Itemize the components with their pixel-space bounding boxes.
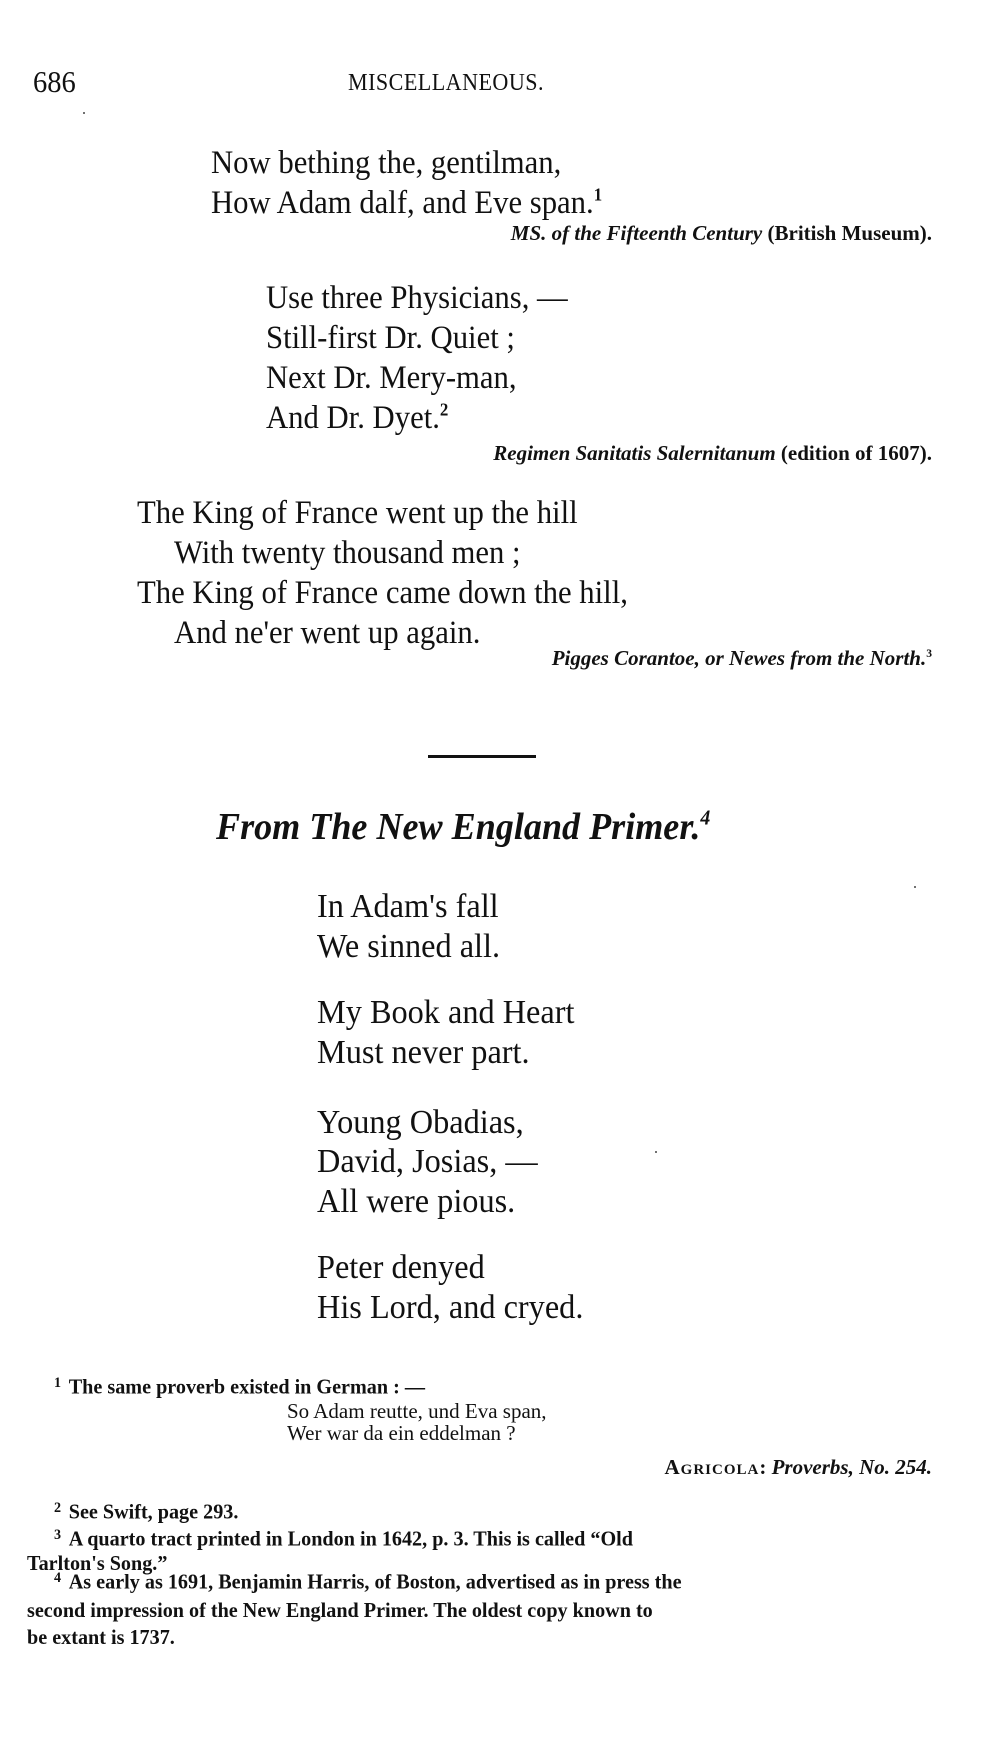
footnote-2: 2See Swift, page 293. [54, 1501, 238, 1523]
verse-line: Now bething the, gentilman, [211, 147, 561, 180]
footnote-attribution: Agricola: Proverbs, No. 254. [665, 1457, 933, 1478]
primer-line: In Adam's fall [317, 890, 499, 924]
section-divider-rule [428, 755, 536, 758]
footnote-4-continued: be extant is 1737. [27, 1627, 175, 1648]
verse-line: With twenty thousand men ; [174, 537, 521, 570]
citation: Regimen Sanitatis Salernitanum (edition … [493, 443, 932, 464]
primer-line: Must never part. [317, 1036, 530, 1070]
primer-line: All were pious. [317, 1185, 515, 1219]
primer-line: We sinned all. [317, 930, 500, 964]
primer-line: David, Josias, — [317, 1145, 538, 1179]
footnote-ref: 4 [700, 805, 710, 829]
primer-line: Young Obadias, [317, 1106, 524, 1140]
page-number: 686 [33, 66, 76, 97]
footnote-4-continued: second impression of the New England Pri… [27, 1600, 653, 1621]
footnote-quote-line: So Adam reutte, und Eva span, [287, 1401, 547, 1422]
footnote-quote-line: Wer war da ein eddelman ? [287, 1423, 516, 1444]
verse-line: The King of France went up the hill [137, 497, 578, 530]
running-head: MISCELLANEOUS. [348, 71, 544, 95]
print-speck [655, 1151, 657, 1153]
verse-line: And Dr. Dyet.2 [266, 402, 448, 435]
primer-line: My Book and Heart [317, 996, 574, 1030]
primer-line: Peter denyed [317, 1251, 485, 1285]
verse-line: And ne'er went up again. [174, 617, 480, 650]
footnote-ref: 3 [926, 648, 932, 660]
primer-line: His Lord, and cryed. [317, 1291, 583, 1325]
citation: Pigges Corantoe, or Newes from the North… [552, 648, 932, 669]
footnote-ref: 1 [594, 184, 602, 204]
print-speck [83, 112, 85, 114]
verse-line: Next Dr. Mery-man, [266, 362, 517, 395]
verse-line: How Adam dalf, and Eve span.1 [211, 187, 602, 220]
footnote-3: 3A quarto tract printed in London in 164… [54, 1528, 633, 1550]
footnote-ref: 2 [440, 399, 448, 419]
footnote-1: 1The same proverb existed in German : — [54, 1376, 425, 1398]
verse-line: Use three Physicians, — [266, 282, 568, 315]
print-speck [914, 886, 916, 888]
citation: MS. of the Fifteenth Century (British Mu… [511, 223, 932, 244]
verse-line: The King of France came down the hill, [137, 577, 628, 610]
verse-line: Still-first Dr. Quiet ; [266, 322, 515, 355]
footnote-4: 4As early as 1691, Benjamin Harris, of B… [54, 1571, 682, 1593]
section-title: From The New England Primer.4 [216, 808, 710, 846]
